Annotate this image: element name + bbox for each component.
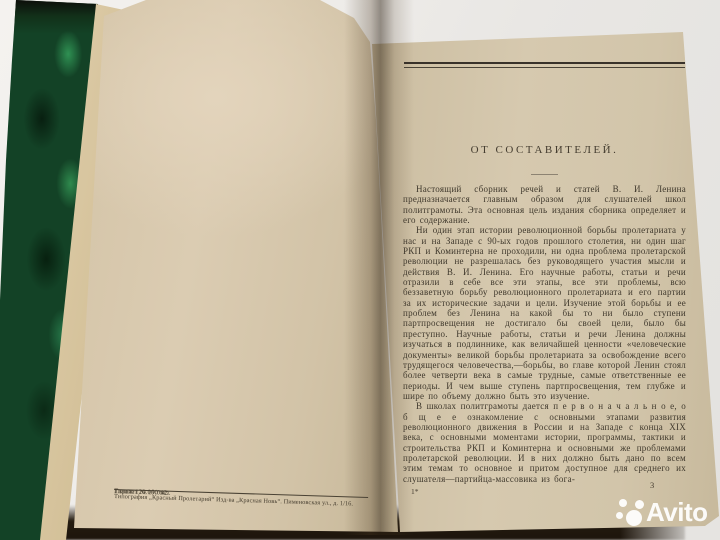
avito-logo-dot-icon <box>635 500 644 509</box>
avito-wordmark: Avito <box>646 498 708 526</box>
right-page-text-block: ОТ СОСТАВИТЕЛЕЙ. Настоящий сборник речей… <box>403 55 686 484</box>
signature-mark: 1* <box>411 487 419 496</box>
avito-logo-dot-icon <box>619 499 627 507</box>
avito-logo-dot-icon <box>626 510 642 526</box>
page-number: 3 <box>650 480 654 490</box>
heading-divider-dash <box>531 174 558 175</box>
book-listing-photo: Главлит № 19.042. Тираж 120.000 экз. Тип… <box>0 0 720 540</box>
body-text: Настоящий сборник речей и статей В. И. Л… <box>403 184 686 484</box>
paragraph: Ни один этап истории революционной борьб… <box>403 225 686 401</box>
paragraph: Настоящий сборник речей и статей В. И. Л… <box>403 184 686 225</box>
paragraph: В школах политграмоты дается п е р в о н… <box>403 401 686 484</box>
chapter-heading: ОТ СОСТАВИТЕЛЕЙ. <box>403 144 686 157</box>
header-double-rule <box>404 62 685 68</box>
avito-logo-dot-icon <box>616 512 623 519</box>
avito-watermark: Avito <box>616 492 720 536</box>
